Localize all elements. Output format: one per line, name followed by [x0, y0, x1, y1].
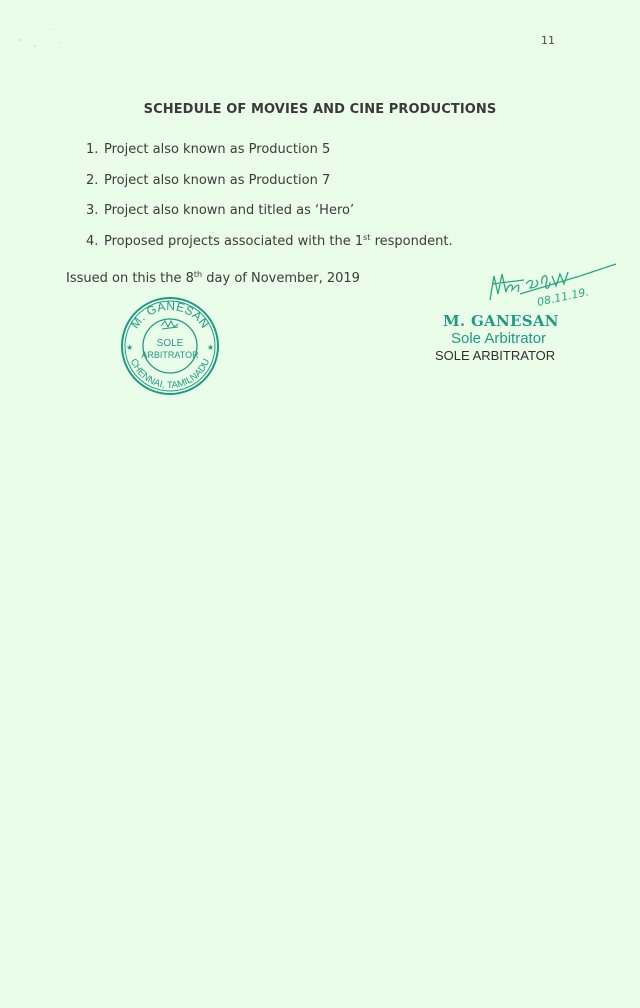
- list-item: 3.Project also known and titled as ‘Hero…: [86, 203, 453, 234]
- arbitrator-stamp: M. GANESAN CHENNAI, TAMILNADU ★ ★ SOLE A…: [118, 296, 222, 396]
- signatory-role-caps: SOLE ARBITRATOR: [435, 348, 555, 363]
- list-item: 4.Proposed projects associated with the …: [86, 234, 453, 265]
- list-item-text: Project also known and titled as ‘Hero’: [104, 203, 354, 218]
- document-title-text: SCHEDULE OF MOVIES AND CINE PRODUCTIONS: [144, 102, 497, 117]
- stamp-initials-scribble: [161, 321, 178, 329]
- svg-text:CHENNAI, TAMILNADU: CHENNAI, TAMILNADU: [128, 357, 213, 391]
- list-item-text: Project also known as Production 7: [104, 173, 330, 188]
- svg-text:M. GANESAN: M. GANESAN: [128, 299, 212, 331]
- stamp-top-text: M. GANESAN: [128, 299, 212, 331]
- list-item: 2.Project also known as Production 7: [86, 173, 453, 204]
- list-item: 1.Project also known as Production 5: [86, 142, 453, 173]
- schedule-list: 1.Project also known as Production 5 2.P…: [86, 142, 453, 264]
- document-title: SCHEDULE OF MOVIES AND CINE PRODUCTIONS: [0, 102, 640, 117]
- star-icon: ★: [126, 343, 133, 352]
- star-icon: ★: [207, 343, 214, 352]
- page-number: 11: [541, 34, 555, 47]
- signature-date: 08.11.19.: [536, 285, 590, 309]
- issued-date-line: Issued on this the 8th day of November, …: [66, 271, 360, 286]
- superscript: th: [194, 270, 202, 279]
- signatory-role: Sole Arbitrator: [451, 330, 546, 347]
- stamp-bottom-text: CHENNAI, TAMILNADU: [128, 357, 213, 391]
- stamp-center-line2: ARBITRATOR: [141, 350, 199, 360]
- signatory-name: M. GANESAN: [443, 312, 559, 330]
- list-item-text: Project also known as Production 5: [104, 142, 330, 157]
- stamp-center-line1: SOLE: [157, 338, 184, 349]
- list-item-text: Proposed projects associated with the 1: [104, 234, 363, 249]
- handwritten-signature: 08.11.19.: [480, 254, 620, 314]
